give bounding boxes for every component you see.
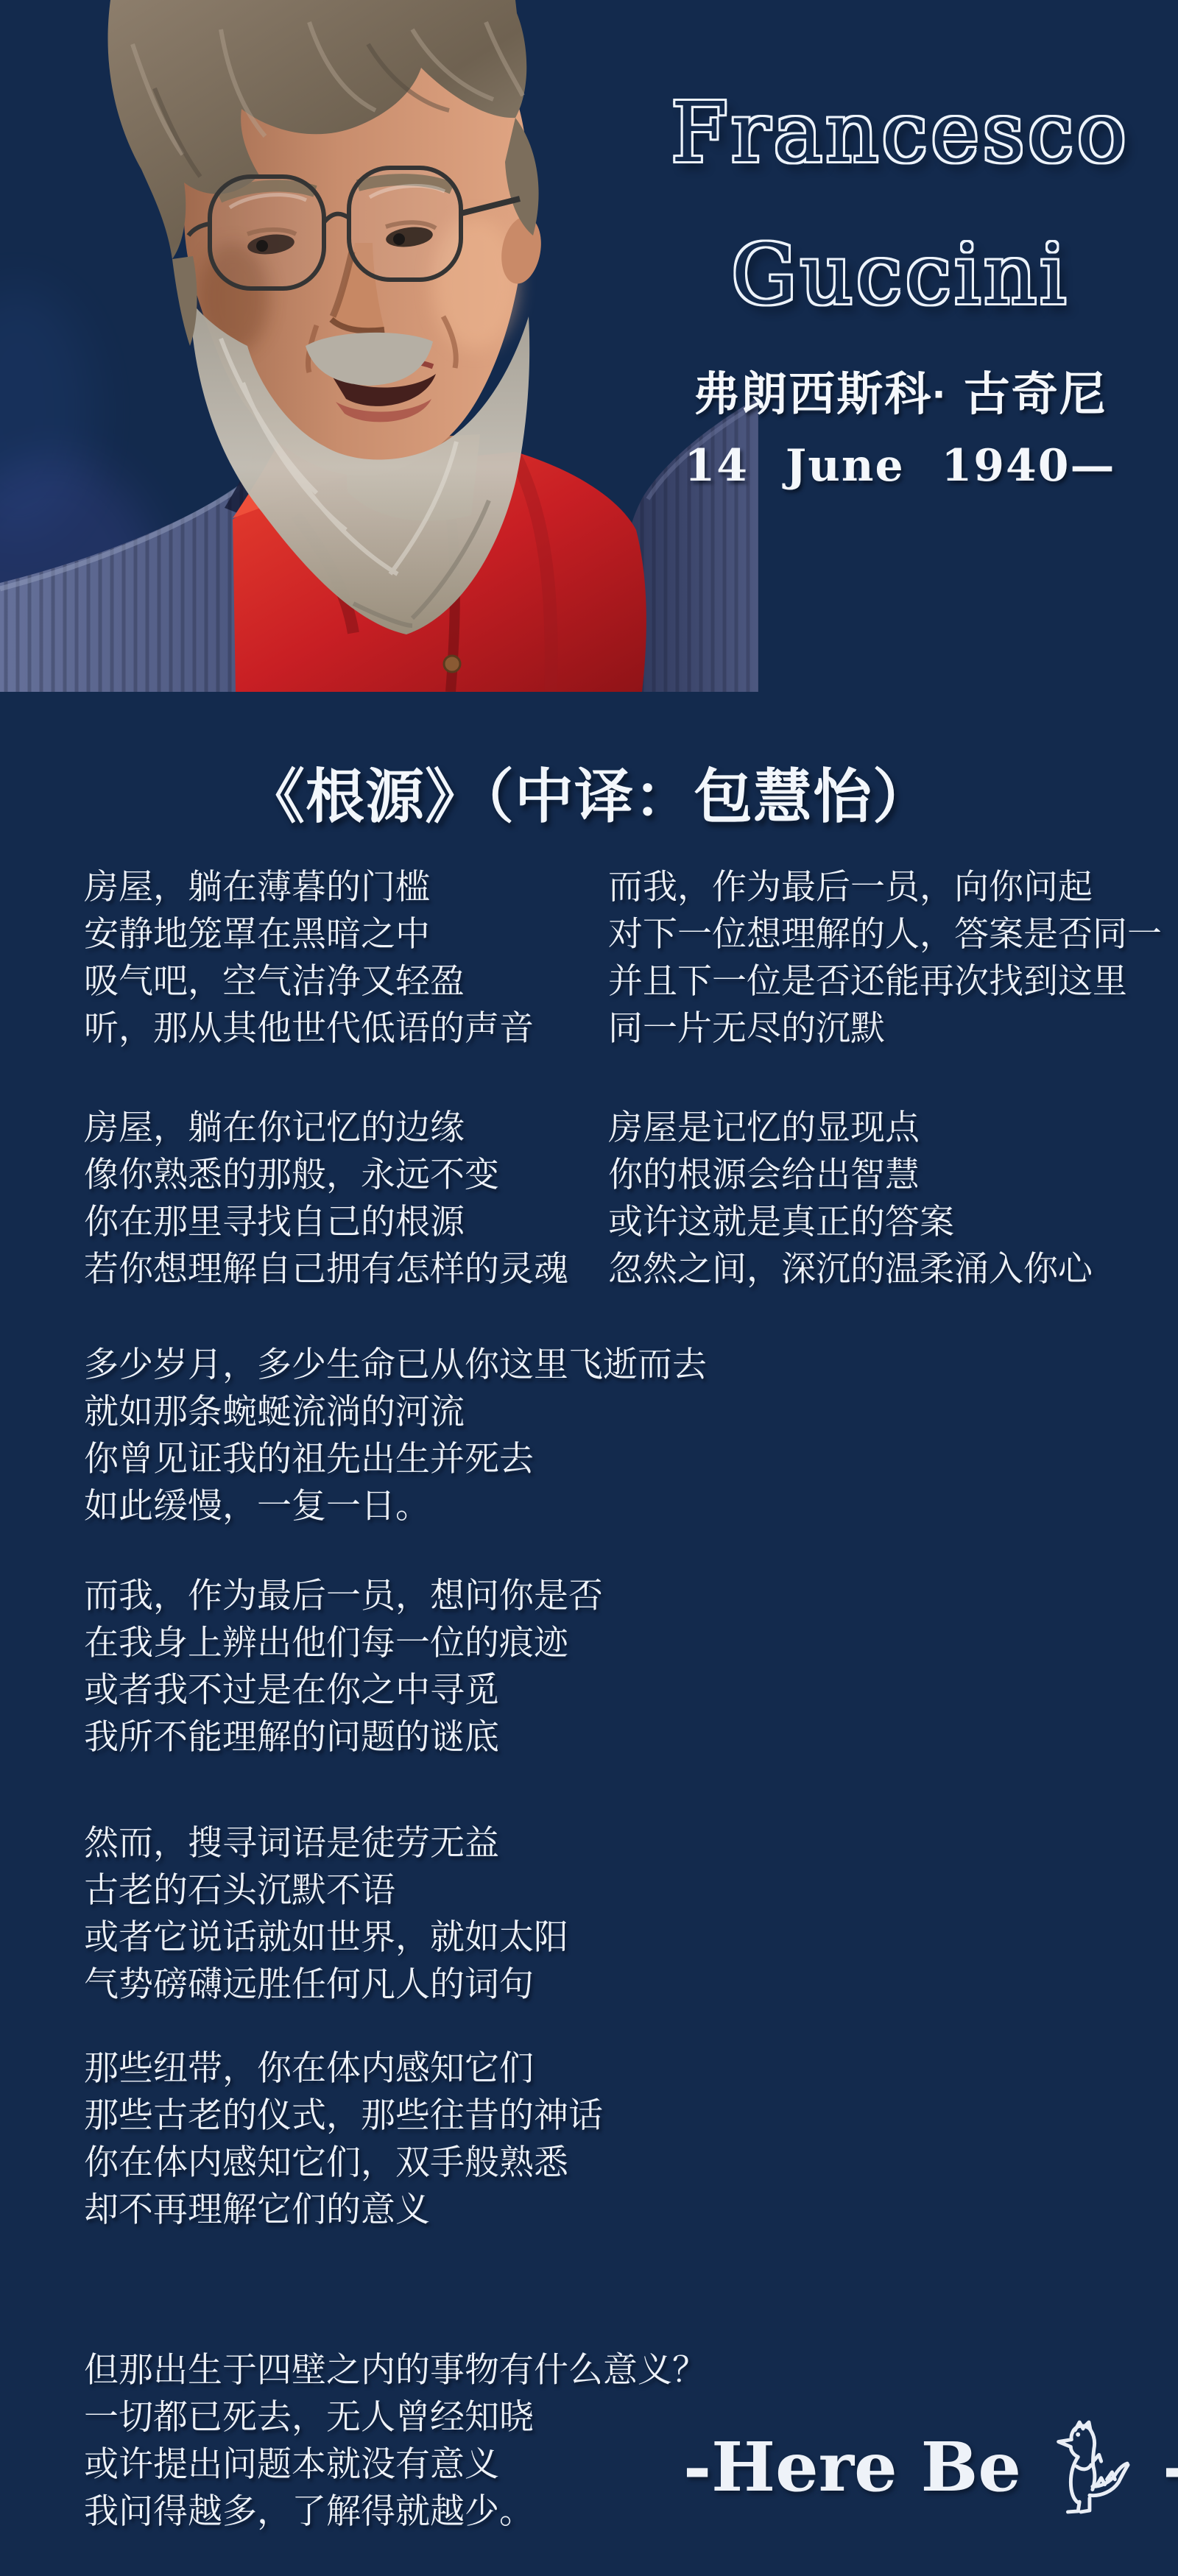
stanza-1-left: 房屋，躺在薄暮的门槛 安静地笼罩在黑暗之中 吸气吧，空气洁净又轻盈 听，那从其他… (84, 863, 534, 1052)
poem-line: 或许这就是真正的答案 (608, 1198, 1093, 1245)
poem-line: 并且下一位是否还能再次找到这里 (608, 958, 1162, 1005)
stanza-4: 而我，作为最后一员，想问你是否 在我身上辨出他们每一位的痕迹 或者我不过是在你之… (84, 1572, 603, 1761)
brand-logo: -Here Be - (683, 2420, 1178, 2514)
poem-line: 或者我不过是在你之中寻觅 (84, 1666, 603, 1713)
poem-line: 房屋是记忆的显现点 (608, 1104, 1093, 1151)
poem-line: 如此缓慢，一复一日。 (84, 1482, 707, 1529)
brand-text-prefix: -Here Be (683, 2433, 1021, 2501)
dragon-doodle-icon (1043, 2420, 1130, 2514)
poem-line: 多少岁月，多少生命已从你这里飞逝而去 (84, 1341, 707, 1388)
poem-title: 《根源》（中译：包慧怡） (0, 749, 1178, 834)
artist-name-en-line2: Guccini (622, 234, 1178, 316)
poem-line: 那些古老的仪式，那些往昔的神话 (84, 2092, 603, 2139)
poem-line: 同一片无尽的沉默 (608, 1005, 1162, 1052)
poem-line: 而我，作为最后一员，想问你是否 (84, 1572, 603, 1619)
stanza-7: 但那出生于四壁之内的事物有什么意义？ 一切都已死去，无人曾经知晓 或许提出问题本… (84, 2346, 707, 2535)
artist-life-dates: 14 June 1940— (622, 442, 1178, 490)
poem-line: 你在体内感知它们，双手般熟悉 (84, 2139, 603, 2186)
poem-line: 却不再理解它们的意义 (84, 2186, 603, 2233)
stanza-3: 多少岁月，多少生命已从你这里飞逝而去 就如那条蜿蜒流淌的河流 你曾见证我的祖先出… (84, 1341, 707, 1529)
poem-line: 若你想理解自己拥有怎样的灵魂 (84, 1245, 568, 1292)
poem-line: 就如那条蜿蜒流淌的河流 (84, 1388, 707, 1435)
poem-line: 房屋，躺在你记忆的边缘 (84, 1104, 568, 1151)
stanza-1-right: 而我，作为最后一员，向你问起 对下一位想理解的人，答案是否同一 并且下一位是否还… (608, 863, 1162, 1052)
poem-line: 听，那从其他世代低语的声音 (84, 1005, 534, 1052)
poem-line: 而我，作为最后一员，向你问起 (608, 863, 1162, 910)
poem-line: 古老的石头沉默不语 (84, 1866, 568, 1914)
poem-line: 或者它说话就如世界，就如太阳 (84, 1914, 568, 1961)
poem-line: 我所不能理解的问题的谜底 (84, 1713, 603, 1761)
poem-line: 但那出生于四壁之内的事物有什么意义？ (84, 2346, 707, 2393)
stanza-6: 那些纽带，你在体内感知它们 那些古老的仪式，那些往昔的神话 你在体内感知它们，双… (84, 2045, 603, 2233)
poem-line: 你曾见证我的祖先出生并死去 (84, 1435, 707, 1482)
poem-line: 房屋，躺在薄暮的门槛 (84, 863, 534, 910)
poem-line: 你在那里寻找自己的根源 (84, 1198, 568, 1245)
poem-line: 吸气吧，空气洁净又轻盈 (84, 958, 534, 1005)
poem-line: 安静地笼罩在黑暗之中 (84, 910, 534, 958)
poem-line: 在我身上辨出他们每一位的痕迹 (84, 1619, 603, 1666)
stanza-2-left: 房屋，躺在你记忆的边缘 像你熟悉的那般，永远不变 你在那里寻找自己的根源 若你想… (84, 1104, 568, 1292)
stanza-5: 然而，搜寻词语是徒劳无益 古老的石头沉默不语 或者它说话就如世界，就如太阳 气势… (84, 1819, 568, 2008)
poem-line: 你的根源会给出智慧 (608, 1151, 1093, 1198)
poem-line: 气势磅礴远胜任何凡人的词句 (84, 1961, 568, 2008)
poem-line: 然而，搜寻词语是徒劳无益 (84, 1819, 568, 1866)
artist-name-en-line1: Francesco (622, 92, 1178, 174)
poem-line: 一切都已死去，无人曾经知晓 (84, 2393, 707, 2441)
poem-line: 那些纽带，你在体内感知它们 (84, 2045, 603, 2092)
shirt-button (444, 656, 460, 672)
poem-line: 像你熟悉的那般，永远不变 (84, 1151, 568, 1198)
poem-line: 我问得越多，了解得就越少。 (84, 2488, 707, 2535)
brand-text-suffix: - (1163, 2433, 1178, 2501)
artist-name-zh: 弗朗西斯科· 古奇尼 (622, 369, 1178, 420)
poem-line: 忽然之间，深沉的温柔涌入你心 (608, 1245, 1093, 1292)
poem-line: 对下一位想理解的人，答案是否同一 (608, 910, 1162, 958)
poem-line: 或许提出问题本就没有意义 (84, 2441, 707, 2488)
stanza-2-right: 房屋是记忆的显现点 你的根源会给出智慧 或许这就是真正的答案 忽然之间，深沉的温… (608, 1104, 1093, 1292)
